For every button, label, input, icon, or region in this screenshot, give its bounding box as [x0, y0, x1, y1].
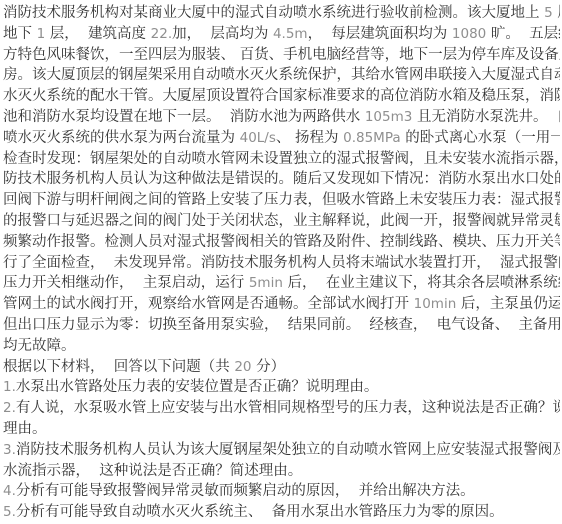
- question-2: 2.有人说，水泵吸水管上应安装与出水管相同规格型号的压力表，这种说法是否正确？说…: [3, 398, 560, 419]
- exam-page: { "colors": { "background": "#ffffff", "…: [0, 0, 562, 524]
- instructions-line: 根据以下材料， 回答以下问题（共 20 分）: [3, 357, 560, 378]
- case-study-line: 消防技术服务机构对某商业大厦中的湿式自动喷水系统进行验收前检测。该大厦地上 5 …: [3, 3, 560, 24]
- case-study-line: 检查时发现：钢屋架处的自动喷水管网未设置独立的湿式报警阀，且未安装水流指示器，消: [3, 149, 560, 170]
- case-study-line: 池和消防水泵均设置在地下一层。 消防水池为两路供水 105m3 且无消防水泵洗井…: [3, 107, 560, 128]
- case-study-line: 地下 1 层， 建筑高度 22.加， 层高均为 4.5m， 每层建筑面积均为 1…: [3, 24, 560, 45]
- case-study-line: 水灭火系统的配水干管。大厦屋顶设置符合国家标准要求的高位消防水箱及稳压泵，消防水: [3, 86, 560, 107]
- question-3-continued: 水流指示器， 这种说法是否正确？简述理由。: [3, 461, 560, 482]
- case-study-line: 均无故障。: [3, 336, 560, 357]
- question-5: 5.分析有可能导致自动喷水灭火系统主、 备用水泵出水管路压力为零的原因。: [3, 502, 560, 523]
- case-study-line: 防技术服务机构人员认为这种做法是错误的。随后又发现如下情况：消防水泵出水口处的止: [3, 169, 560, 190]
- case-study-line: 但出口压力显示为零：切换至备用泵实验， 结果同前。 经核查， 电气设备、 主备用…: [3, 315, 560, 336]
- case-study-line: 喷水灭火系统的供水泵为两台流量为 40L/s、 扬程为 0.85MPa 的卧式离…: [3, 128, 560, 149]
- case-study-line: 方特色风味餐饮，一至四层为服装、 百货、手机电脑经营等，地下一层为停车库及设备用: [3, 45, 560, 66]
- case-study-line: 压力开关相继动作， 主泵启动，运行 5min 后， 在业主建议下，将其余各层喷淋…: [3, 273, 560, 294]
- case-study-line: 的报警口与延迟器之间的阀门处于关闭状态，业主解释说，此阀一开，报警阀就异常灵敏而: [3, 211, 560, 232]
- case-study-line: 行了全面检查， 未发现异常。消防技术服务机构人员将末端试水装置打开， 湿式报警阀…: [3, 253, 560, 274]
- question-1: 1.水泵出水管路处压力表的安装位置是否正确？说明理由。: [3, 377, 560, 398]
- case-study-line: 回阀下游与明杆闸阀之间的管路上安装了压力表，但吸水管路上未安装压力表：湿式报警阀: [3, 190, 560, 211]
- case-study-line: 房。该大厦顶层的钢屋架采用自动喷水灭火系统保护，其给水管网串联接入大厦湿式自动喷: [3, 65, 560, 86]
- case-study-line: 管网土的试水阀打开，观察给水管网是否通畅。全部试水阀打开 10min 后，主泵虽…: [3, 294, 560, 315]
- question-3: 3.消防技术服务机构人员认为该大厦钢屋架处独立的自动喷水管网上应安装湿式报警阀及: [3, 440, 560, 461]
- document-body: 消防技术服务机构对某商业大厦中的湿式自动喷水系统进行验收前检测。该大厦地上 5 …: [0, 0, 562, 523]
- case-study-line: 频繁动作报警。检测人员对湿式报警阀相关的管路及附件、控制线路、模块、压力开关等进: [3, 232, 560, 253]
- question-2-continued: 理由。: [3, 419, 560, 440]
- question-4: 4.分析有可能导致报警阀异常灵敏而频繁启动的原因， 并给出解决方法。: [3, 481, 560, 502]
